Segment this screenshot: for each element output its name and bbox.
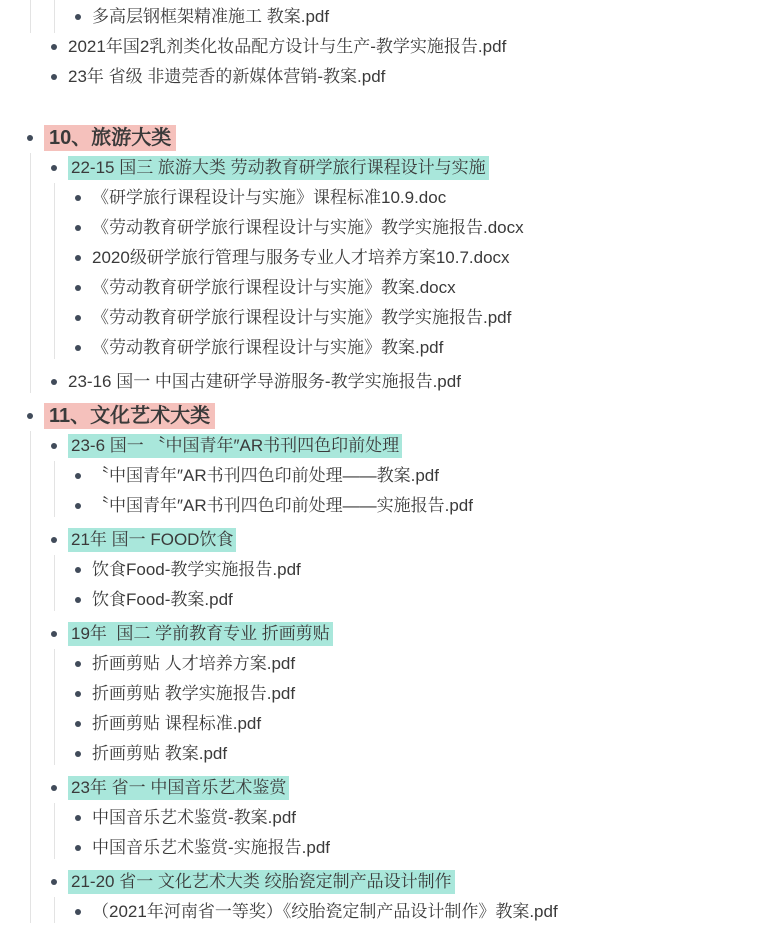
bullet-icon [75, 567, 81, 573]
bullet-icon [75, 661, 81, 667]
list-item: 〝中国青年″AR书刊四色印前处理——实施报告.pdf [75, 491, 780, 521]
children-block: 饮食Food-教学实施报告.pdf饮食Food-教案.pdf [51, 555, 780, 615]
outline-item-row: 中国音乐艺术鉴赏-实施报告.pdf [75, 833, 780, 863]
outline-item-row: 23-16 国一 中国古建研学导游服务-教学实施报告.pdf [51, 367, 780, 397]
list-item: 《劳动教育研学旅行课程设计与实施》教学实施报告.docx [75, 213, 780, 243]
item-text: 〝中国青年″AR书刊四色印前处理——实施报告.pdf [92, 494, 473, 518]
outline-item-row: 〝中国青年″AR书刊四色印前处理——实施报告.pdf [75, 491, 780, 521]
bullet-icon [75, 195, 81, 201]
outline-group-row: 23年 省一 中国音乐艺术鉴赏 [51, 773, 780, 803]
outline-group-row: 11、文化艺术大类 [27, 401, 780, 431]
outline-group-row: 23-6 国一 〝中国青年″AR书刊四色印前处理 [51, 431, 780, 461]
bullet-icon [51, 74, 57, 80]
item-text: 22-15 国三 旅游大类 劳动教育研学旅行课程设计与实施 [68, 156, 489, 180]
list-item: 21年 国一 FOOD饮食饮食Food-教学实施报告.pdf饮食Food-教案.… [51, 525, 780, 615]
outline-item-row: 2021年国2乳剂类化妆品配方设计与生产-教学实施报告.pdf [51, 32, 780, 62]
list-item: 折画剪贴 课程标准.pdf [75, 709, 780, 739]
outline-item-row: （2021年河南省一等奖）《绞胎瓷定制产品设计制作》教案.pdf [75, 897, 780, 927]
outline-item-row: 2020级研学旅行管理与服务专业人才培养方案10.7.docx [75, 243, 780, 273]
list-item: （2021年河南省一等奖）《绞胎瓷定制产品设计制作》教案.pdf [75, 897, 780, 927]
item-text: 10、旅游大类 [44, 125, 176, 151]
item-text: （2021年河南省一等奖）《绞胎瓷定制产品设计制作》教案.pdf [92, 900, 558, 924]
item-text: 21-20 省一 文化艺术大类 绞胎瓷定制产品设计制作 [68, 870, 455, 894]
outline-group-row: 19年 国二 学前教育专业 折画剪贴 [51, 619, 780, 649]
item-text: 23年 省一 中国音乐艺术鉴赏 [68, 776, 289, 800]
indent-guide-truncated [30, 0, 31, 33]
item-text: 饮食Food-教案.pdf [92, 588, 233, 612]
outline-item-row: 《研学旅行课程设计与实施》课程标准10.9.doc [75, 183, 780, 213]
list-item: 《劳动教育研学旅行课程设计与实施》教学实施报告.pdf [75, 303, 780, 333]
list-item: 11、文化艺术大类23-6 国一 〝中国青年″AR书刊四色印前处理〝中国青年″A… [27, 401, 780, 927]
item-text: 23-6 国一 〝中国青年″AR书刊四色印前处理 [68, 434, 402, 458]
children-block: 折画剪贴 人才培养方案.pdf折画剪贴 教学实施报告.pdf折画剪贴 课程标准.… [51, 649, 780, 769]
list-item: 21-20 省一 文化艺术大类 绞胎瓷定制产品设计制作（2021年河南省一等奖）… [51, 867, 780, 927]
list-item: 饮食Food-教学实施报告.pdf [75, 555, 780, 585]
item-text: 中国音乐艺术鉴赏-实施报告.pdf [92, 836, 330, 860]
outline-group-row: 21年 国一 FOOD饮食 [51, 525, 780, 555]
bullet-icon [51, 443, 57, 449]
bullet-icon [75, 751, 81, 757]
top-partial-list: 多高层钢框架精准施工 教案.pdf2021年国2乳剂类化妆品配方设计与生产-教学… [0, 0, 780, 92]
outline-item-row: 折画剪贴 课程标准.pdf [75, 709, 780, 739]
item-text: 19年 国二 学前教育专业 折画剪贴 [68, 622, 333, 646]
bullet-icon [75, 721, 81, 727]
outline-item-row: 《劳动教育研学旅行课程设计与实施》教案.pdf [75, 333, 780, 363]
list-item: 23-16 国一 中国古建研学导游服务-教学实施报告.pdf [51, 367, 780, 397]
children-block: 22-15 国三 旅游大类 劳动教育研学旅行课程设计与实施《研学旅行课程设计与实… [27, 153, 780, 397]
outline-item-row: 《劳动教育研学旅行课程设计与实施》教学实施报告.docx [75, 213, 780, 243]
item-text: 《研学旅行课程设计与实施》课程标准10.9.doc [92, 186, 446, 210]
list-item: 2020级研学旅行管理与服务专业人才培养方案10.7.docx [75, 243, 780, 273]
item-text: 2020级研学旅行管理与服务专业人才培养方案10.7.docx [92, 246, 510, 270]
item-text: 折画剪贴 课程标准.pdf [92, 712, 261, 736]
list-item: 23年 省一 中国音乐艺术鉴赏中国音乐艺术鉴赏-教案.pdf中国音乐艺术鉴赏-实… [51, 773, 780, 863]
bullet-icon [75, 285, 81, 291]
indent-guide-truncated [54, 0, 55, 33]
list-item: 〝中国青年″AR书刊四色印前处理——教案.pdf [75, 461, 780, 491]
item-text: 11、文化艺术大类 [44, 403, 215, 429]
outline-item-row: 23年 省级 非遗莞香的新媒体营销-教案.pdf [51, 62, 780, 92]
outline-item-row: 《劳动教育研学旅行课程设计与实施》教学实施报告.pdf [75, 303, 780, 333]
bullet-icon [51, 785, 57, 791]
bullet-icon [51, 44, 57, 50]
list-item: 22-15 国三 旅游大类 劳动教育研学旅行课程设计与实施《研学旅行课程设计与实… [51, 153, 780, 363]
bullet-icon [27, 413, 33, 419]
bullet-icon [51, 165, 57, 171]
children-block: 中国音乐艺术鉴赏-教案.pdf中国音乐艺术鉴赏-实施报告.pdf [51, 803, 780, 863]
list-item: 折画剪贴 教案.pdf [75, 739, 780, 769]
item-text: 〝中国青年″AR书刊四色印前处理——教案.pdf [92, 464, 439, 488]
document-page: 多高层钢框架精准施工 教案.pdf2021年国2乳剂类化妆品配方设计与生产-教学… [0, 0, 780, 928]
list-item: 中国音乐艺术鉴赏-实施报告.pdf [75, 833, 780, 863]
children-block: （2021年河南省一等奖）《绞胎瓷定制产品设计制作》教案.pdf [51, 897, 780, 927]
item-text: 中国音乐艺术鉴赏-教案.pdf [92, 806, 296, 830]
list-item: 中国音乐艺术鉴赏-教案.pdf [75, 803, 780, 833]
list-item: 折画剪贴 人才培养方案.pdf [75, 649, 780, 679]
outline-item-row: 《劳动教育研学旅行课程设计与实施》教案.docx [75, 273, 780, 303]
list-item: 《研学旅行课程设计与实施》课程标准10.9.doc [75, 183, 780, 213]
bullet-icon [75, 473, 81, 479]
list-item: 《劳动教育研学旅行课程设计与实施》教案.pdf [75, 333, 780, 363]
outline-item-row: 折画剪贴 教学实施报告.pdf [75, 679, 780, 709]
bullet-icon [51, 879, 57, 885]
item-text: 《劳动教育研学旅行课程设计与实施》教学实施报告.docx [92, 216, 524, 240]
item-text: 2021年国2乳剂类化妆品配方设计与生产-教学实施报告.pdf [68, 35, 506, 59]
outline-list: 10、旅游大类22-15 国三 旅游大类 劳动教育研学旅行课程设计与实施《研学旅… [0, 123, 780, 927]
item-text: 21年 国一 FOOD饮食 [68, 528, 236, 552]
outline-item-row: 饮食Food-教学实施报告.pdf [75, 555, 780, 585]
bullet-icon [75, 815, 81, 821]
bullet-icon [75, 845, 81, 851]
bullet-icon [51, 379, 57, 385]
item-text: 折画剪贴 人才培养方案.pdf [92, 652, 295, 676]
item-text: 多高层钢框架精准施工 教案.pdf [92, 5, 329, 29]
outline-item-row: 中国音乐艺术鉴赏-教案.pdf [75, 803, 780, 833]
outline-item-row: 折画剪贴 人才培养方案.pdf [75, 649, 780, 679]
list-item: 折画剪贴 教学实施报告.pdf [75, 679, 780, 709]
bullet-icon [75, 255, 81, 261]
outline-item-row: 〝中国青年″AR书刊四色印前处理——教案.pdf [75, 461, 780, 491]
list-item: 23-6 国一 〝中国青年″AR书刊四色印前处理〝中国青年″AR书刊四色印前处理… [51, 431, 780, 521]
outline-item-row: 多高层钢框架精准施工 教案.pdf [75, 2, 780, 32]
item-text: 《劳动教育研学旅行课程设计与实施》教案.pdf [92, 336, 443, 360]
bullet-icon [75, 225, 81, 231]
children-block: 《研学旅行课程设计与实施》课程标准10.9.doc《劳动教育研学旅行课程设计与实… [51, 183, 780, 363]
item-text: 饮食Food-教学实施报告.pdf [92, 558, 301, 582]
list-item: 10、旅游大类22-15 国三 旅游大类 劳动教育研学旅行课程设计与实施《研学旅… [27, 123, 780, 397]
bullet-icon [51, 537, 57, 543]
item-text: 折画剪贴 教学实施报告.pdf [92, 682, 295, 706]
children-block: 〝中国青年″AR书刊四色印前处理——教案.pdf〝中国青年″AR书刊四色印前处理… [51, 461, 780, 521]
bullet-icon [75, 597, 81, 603]
bullet-icon [75, 503, 81, 509]
bullet-icon [75, 909, 81, 915]
bullet-icon [75, 691, 81, 697]
bullet-icon [75, 345, 81, 351]
outline-item-row: 折画剪贴 教案.pdf [75, 739, 780, 769]
list-item: 《劳动教育研学旅行课程设计与实施》教案.docx [75, 273, 780, 303]
children-block: 23-6 国一 〝中国青年″AR书刊四色印前处理〝中国青年″AR书刊四色印前处理… [27, 431, 780, 927]
list-item: 饮食Food-教案.pdf [75, 585, 780, 615]
bullet-icon [75, 14, 81, 20]
outline-item-row: 饮食Food-教案.pdf [75, 585, 780, 615]
outline-group-row: 10、旅游大类 [27, 123, 780, 153]
item-text: 23年 省级 非遗莞香的新媒体营销-教案.pdf [68, 65, 385, 89]
item-text: 《劳动教育研学旅行课程设计与实施》教案.docx [92, 276, 456, 300]
item-text: 《劳动教育研学旅行课程设计与实施》教学实施报告.pdf [92, 306, 511, 330]
outline-group-row: 21-20 省一 文化艺术大类 绞胎瓷定制产品设计制作 [51, 867, 780, 897]
item-text: 23-16 国一 中国古建研学导游服务-教学实施报告.pdf [68, 370, 461, 394]
list-item: 19年 国二 学前教育专业 折画剪贴折画剪贴 人才培养方案.pdf折画剪贴 教学… [51, 619, 780, 769]
bullet-icon [75, 315, 81, 321]
item-text: 折画剪贴 教案.pdf [92, 742, 227, 766]
outline-group-row: 22-15 国三 旅游大类 劳动教育研学旅行课程设计与实施 [51, 153, 780, 183]
bullet-icon [51, 631, 57, 637]
bullet-icon [27, 135, 33, 141]
